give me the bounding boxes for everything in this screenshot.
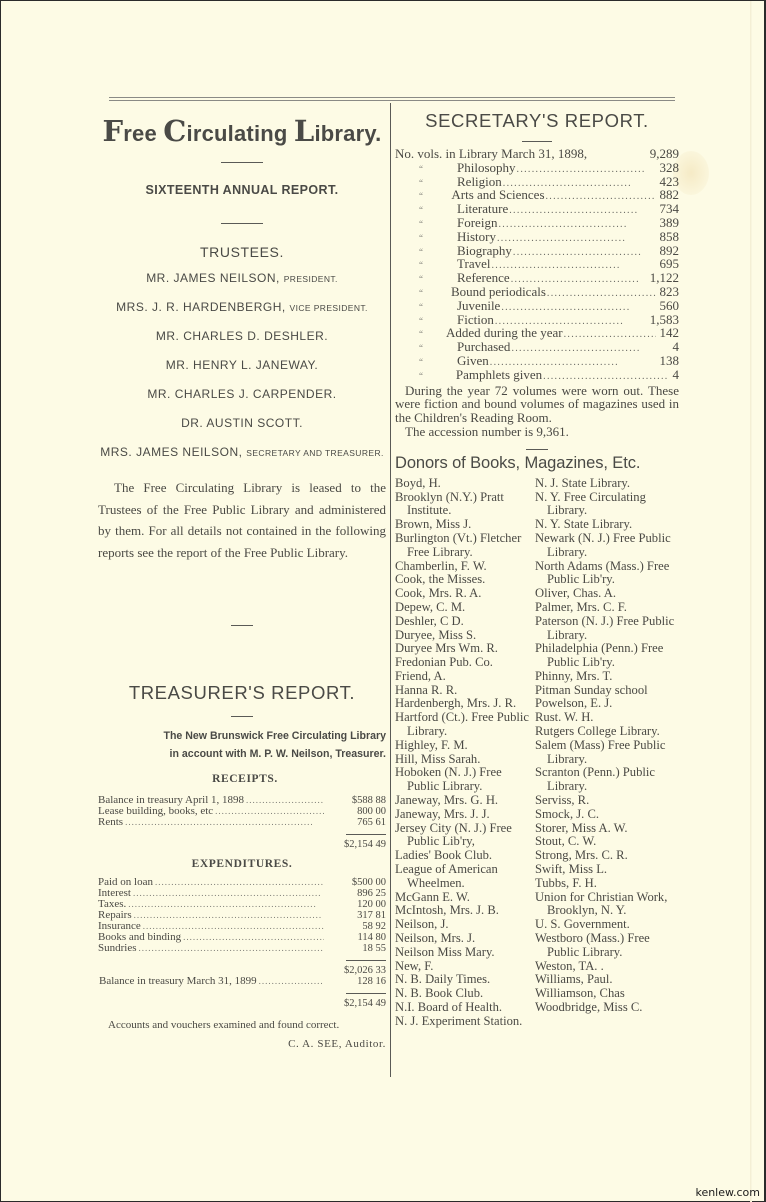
ditto-mark: “ [395,342,457,356]
leader-dots: .................................. [490,259,655,273]
donor-entry: Highley, F. M. [395,739,535,753]
stat-row: “History................................… [395,230,679,244]
auditor-signature: C. A. SEE, Auditor. [98,1038,386,1050]
leader-dots: ........................................… [213,806,324,817]
stat-label: Bound periodicals [451,285,546,299]
leader-dots: ........................................… [123,817,324,828]
stat-label: History [457,230,496,244]
stat-row: “Arts and Sciences......................… [395,188,679,202]
trustee-entry: Mr. Charles J. Carpender. [98,380,386,409]
title-part: irculating [187,121,294,146]
stat-value: 138 [656,354,680,368]
ledger-row: Taxes...................................… [98,899,386,910]
trustee-entry: Mrs. J. R. Hardenbergh, Vice President. [98,293,386,322]
leader-dots: ........................................… [126,899,324,910]
donor-entry: Phinny, Mrs. T. [535,670,677,684]
ledger-amount: $588 88 [324,795,386,806]
trustee-name: Mr. Charles D. Deshler. [156,329,328,343]
trustee-entry: Dr. Austin Scott. [98,409,386,438]
donor-entry: Chamberlin, F. W. [395,560,535,574]
short-rule [231,716,253,717]
title-part: ree [123,121,163,146]
donor-entry: Philadelphia (Penn.) Free Public Lib'ry. [535,642,677,670]
stat-value: 9,289 [646,147,679,161]
donor-entry: Fredonian Pub. Co. [395,656,535,670]
donor-entry: N. B. Book Club. [395,987,535,1001]
title-initial: C [163,114,186,148]
donor-entry: Deshler, C D. [395,615,535,629]
intro-paragraph: The Free Circulating Library is leased t… [98,477,386,563]
ditto-mark: “ [395,370,456,384]
donor-entry: N. Y. State Library. [535,518,677,532]
donor-entry: Weston, TA. . [535,960,677,974]
donor-entry: Pitman Sunday school [535,684,677,698]
receipts-ledger: Balance in treasury April 1, 1898.......… [98,795,386,828]
ledger-amount: 114 80 [324,932,386,943]
donor-entry: Serviss, R. [535,794,677,808]
column-divider [390,103,391,1077]
stat-value: 882 [656,188,680,202]
trustee-name: Mrs. James Neilson, [100,445,242,459]
auditor-note-text: Accounts and vouchers examined and found… [108,1019,339,1031]
stat-value: 4 [669,340,680,354]
leader-dots: .................................. [497,218,655,232]
donor-entry: Hanna R. R. [395,684,535,698]
donor-entry: New, F. [395,960,535,974]
stat-value: 1,583 [646,313,679,327]
stat-value: 389 [656,216,680,230]
donor-entry: Brooklyn (N.Y.) Pratt Institute. [395,491,535,519]
stat-value: 695 [656,257,680,271]
category-rows: “Philosophy.............................… [395,161,679,382]
volume-statistics: No. vols. in Library March 31, 1898, 9,2… [395,147,679,382]
leader-dots: ........................................… [181,932,324,943]
ledger-amount: 18 55 [324,943,386,954]
leader-dots: .................................. [545,190,656,204]
donor-entry: Neilson, Mrs. J. [395,932,535,946]
ditto-mark: “ [395,163,457,177]
stat-label: Pamphlets given [456,368,542,382]
total-rule [346,993,386,994]
ledger-label: Sundries [98,943,137,954]
stat-row: “Pamphlets given........................… [395,368,679,382]
ledger-row: Rents...................................… [98,817,386,828]
stat-row: “Fiction................................… [395,313,679,327]
donor-entry: N. B. Daily Times. [395,973,535,987]
donor-entry: N. Y. Free Circulating Library. [535,491,677,519]
donor-entry: Paterson (N. J.) Free Public Library. [535,615,677,643]
donor-entry: Rutgers College Library. [535,725,677,739]
ditto-mark: “ [395,246,457,260]
stat-label: Biography [457,244,512,258]
trustee-role: Vice President. [290,303,368,313]
leader-dots: ........................................… [131,888,324,899]
worn-out-paragraph: During the year 72 volumes were worn out… [395,384,679,425]
title-part: ibrary. [314,121,381,146]
stat-row: “Purchased..............................… [395,340,679,354]
ditto-mark: “ [395,190,451,204]
ledger-row: Interest................................… [98,888,386,899]
leader-dots: ........................................… [137,943,325,954]
receipts-total: $2,154 49 [98,839,386,850]
expenditures-ledger: Paid on loan............................… [98,877,386,954]
donor-entry: McIntosh, Mrs. J. B. [395,904,535,918]
ledger-row: Books and binding.......................… [98,932,386,943]
donors-column-2: N. J. State Library.N. Y. Free Circulati… [535,477,677,1029]
donor-entry: Burlington (Vt.) Fletcher Free Library. [395,532,535,560]
document-page: Free Circulating Library. SIXTEENTH ANNU… [0,0,766,1202]
stat-row: “Juvenile...............................… [395,299,679,313]
stat-value: 4 [669,368,680,382]
leader-dots: ........................................… [132,910,324,921]
stat-row: “Reference..............................… [395,271,679,285]
donor-entry: Smock, J. C. [535,808,677,822]
donor-entry: N. J. State Library. [535,477,677,491]
donor-entry: Cook, the Misses. [395,573,535,587]
leader-dots: ........................................… [153,877,324,888]
account-line-2: in account with M. P. W. Neilson, Treasu… [98,745,386,763]
donor-entry: Powelson, E. J. [535,697,677,711]
trustee-role: Secretary and Treasurer. [246,448,383,458]
title-initial: F [103,114,124,148]
trustee-entry: Mrs. James Neilson, Secretary and Treasu… [98,438,386,467]
stat-row: “Travel.................................… [395,257,679,271]
ditto-mark: “ [395,301,457,315]
short-rule [221,223,263,224]
donor-entry: Ladies' Book Club. [395,849,535,863]
stat-row: “Given..................................… [395,354,679,368]
leader-dots: .............................. [257,976,324,987]
ditto-mark: “ [395,328,446,342]
donor-entry: N.I. Board of Health. [395,1001,535,1015]
worn-out-text: During the year 72 volumes were worn out… [395,383,679,426]
donor-entry: Williams, Paul. [535,973,677,987]
donor-entry: Tubbs, F. H. [535,877,677,891]
trustee-entry: Mr. James Neilson, President. [98,264,386,293]
stat-value: 560 [656,299,680,313]
balance-end-label: Balance in treasury March 31, 1899 [99,976,257,987]
ditto-mark: “ [395,218,457,232]
donor-entry: Brown, Miss J. [395,518,535,532]
trustee-role: President. [284,274,338,284]
donor-entry: Stout, C. W. [535,835,677,849]
stat-label: Arts and Sciences [451,188,544,202]
stat-label: Fiction [457,313,494,327]
account-heading: The New Brunswick Free Circulating Libra… [98,727,386,763]
trustee-entry: Mr. Henry L. Janeway. [98,351,386,380]
leader-dots: .................................. [546,287,656,301]
stat-label: Purchased [457,340,510,354]
trustees-list: Mr. James Neilson, President.Mrs. J. R. … [98,264,386,467]
donor-entry: Neilson, J. [395,918,535,932]
stat-label: Philosophy [457,161,516,175]
donor-entry: Duryee Mrs Wm. R. [395,642,535,656]
ditto-mark: “ [395,356,457,370]
stat-label: Added during the year [446,326,563,340]
leader-dots: .................................. [512,246,656,260]
ditto-mark: “ [395,204,457,218]
accession-text: The accession number is 9,361. [405,424,569,439]
donor-entry: Depew, C. M. [395,601,535,615]
leader-dots: .................................. [542,370,668,384]
donor-entry: Salem (Mass) Free Public Library. [535,739,677,767]
stat-label: Given [457,354,489,368]
donor-entry: Boyd, H. [395,477,535,491]
stat-value: 1,122 [646,271,679,285]
donor-entry: Rust. W. H. [535,711,677,725]
secretary-report-heading: SECRETARY'S REPORT. [395,110,679,132]
total-rule [346,834,386,835]
ditto-mark: “ [395,259,457,273]
donor-entry: Hartford (Ct.). Free Public Library. [395,711,535,739]
stat-label: Foreign [457,216,497,230]
stat-value: 142 [656,326,680,340]
stat-row: “Bound periodicals......................… [395,285,679,299]
short-rule [522,141,552,142]
trustee-name: Mrs. J. R. Hardenbergh, [116,300,286,314]
right-column: SECRETARY'S REPORT. No. vols. in Library… [395,101,679,1029]
accession-paragraph: The accession number is 9,361. [395,425,679,439]
ditto-mark: “ [395,177,457,191]
trustee-name: Dr. Austin Scott. [181,416,303,430]
donor-entry: Union for Christian Work, Brooklyn, N. Y… [535,891,677,919]
account-line-1: The New Brunswick Free Circulating Libra… [98,727,386,745]
stat-value: 892 [656,244,680,258]
donor-entry: Woodbridge, Miss C. [535,1001,677,1015]
page-fold-line [750,1,752,1202]
watermark: kenlew.com [695,1186,760,1199]
short-rule [221,162,263,163]
annual-report-subtitle: SIXTEENTH ANNUAL REPORT. [98,183,386,197]
donor-entry: N. J. Experiment Station. [395,1015,535,1029]
grand-total: $2,154 49 [98,998,386,1009]
donor-entry: Hardenbergh, Mrs. J. R. [395,697,535,711]
donor-entry: Janeway, Mrs. J. J. [395,808,535,822]
balance-end-row: Balance in treasury March 31, 1899 .....… [98,976,386,987]
trustee-entry: Mr. Charles D. Deshler. [98,322,386,351]
ditto-mark: “ [395,273,457,287]
stat-label: No. vols. in Library March 31, 1898, [395,147,587,161]
ledger-amount: 58 92 [324,921,386,932]
donor-entry: Neilson Miss Mary. [395,946,535,960]
stat-value: 734 [656,202,680,216]
donor-entry: Cook, Mrs. R. A. [395,587,535,601]
stat-value: 823 [656,285,680,299]
ledger-amount: 896 25 [324,888,386,899]
leader-dots: .................................. [500,301,655,315]
stat-label: Travel [457,257,490,271]
donor-entry: Williamson, Chas [535,987,677,1001]
title-initial: L [294,114,315,148]
total-volumes-row: No. vols. in Library March 31, 1898, 9,2… [395,147,679,161]
auditor-note: Accounts and vouchers examined and found… [98,1020,386,1031]
donor-entry: Duryee, Miss S. [395,629,535,643]
ledger-label: Rents [98,817,123,828]
leader-dots: .................................. [510,342,668,356]
ledger-amount: 765 61 [324,817,386,828]
stat-row: “Literature.............................… [395,202,679,216]
stat-label: Reference [457,271,510,285]
trustees-heading: TRUSTEES. [98,244,386,260]
ledger-row: Paid on loan............................… [98,877,386,888]
donor-entry: Oliver, Chas. A. [535,587,677,601]
donors-list: Boyd, H.Brooklyn (N.Y.) Pratt Institute.… [395,477,679,1029]
short-rule [231,625,253,626]
ledger-amount: 800 00 [324,806,386,817]
ditto-mark: “ [395,287,451,301]
donor-entry: Hill, Miss Sarah. [395,753,535,767]
short-rule [526,449,548,450]
donor-entry: Palmer, Mrs. C. F. [535,601,677,615]
stat-value: 328 [656,161,680,175]
ledger-amount: $500 00 [324,877,386,888]
donors-column-1: Boyd, H.Brooklyn (N.Y.) Pratt Institute.… [395,477,535,1029]
donor-entry: Newark (N. J.) Free Public Library. [535,532,677,560]
stat-row: “Biography..............................… [395,244,679,258]
ditto-mark: “ [395,232,457,246]
balance-end-amount: 128 16 [324,976,386,987]
library-title: Free Circulating Library. [98,114,386,148]
stat-label: Juvenile [457,299,500,313]
stat-value: 858 [656,230,680,244]
donor-entry: Scranton (Penn.) Public Library. [535,766,677,794]
donors-heading: Donors of Books, Magazines, Etc. [395,454,679,473]
ledger-amount: 317 81 [324,910,386,921]
stat-value: 423 [656,175,680,189]
stat-row: “Religion...............................… [395,175,679,189]
stat-label: Religion [457,175,502,189]
trustee-name: Mr. Charles J. Carpender. [147,387,336,401]
donor-entry: League of American Wheelmen. [395,863,535,891]
ledger-row: Sundries................................… [98,943,386,954]
donor-entry: Storer, Miss A. W. [535,822,677,836]
stat-row: “Foreign................................… [395,216,679,230]
stat-row: “Philosophy.............................… [395,161,679,175]
trustee-name: Mr. James Neilson, [146,271,280,285]
donor-entry: Friend, A. [395,670,535,684]
left-column: Free Circulating Library. SIXTEENTH ANNU… [98,101,386,1050]
donor-entry: Jersey City (N. J.) Free Public Lib'ry, [395,822,535,850]
donor-entry: Janeway, Mrs. G. H. [395,794,535,808]
total-rule [346,960,386,961]
expenditures-heading: EXPENDITURES. [98,858,386,870]
ledger-amount: 120 00 [324,899,386,910]
ledger-row: Repairs.................................… [98,910,386,921]
stat-label: Literature [457,202,508,216]
trustee-name: Mr. Henry L. Janeway. [166,358,319,372]
intro-text: The Free Circulating Library is leased t… [98,477,386,563]
leader-dots: .................................. [508,204,655,218]
leader-dots: .................................. [516,163,656,177]
donor-entry: Strong, Mrs. C. R. [535,849,677,863]
donor-entry: Hoboken (N. J.) Free Public Library. [395,766,535,794]
receipts-heading: RECEIPTS. [98,773,386,785]
leader-dots: .................................. [563,328,656,342]
donor-entry: North Adams (Mass.) Free Public Lib'ry. [535,560,677,588]
donor-entry: Westboro (Mass.) Free Public Library. [535,932,677,960]
donor-entry: McGann E. W. [395,891,535,905]
leader-dots: .................................. [496,232,656,246]
leader-dots: ........................................… [244,795,324,806]
donor-entry: Swift, Miss L. [535,863,677,877]
ledger-row: Lease building, books, etc..............… [98,806,386,817]
treasurer-report-heading: TREASURER'S REPORT. [98,682,386,704]
donor-entry: U. S. Government. [535,918,677,932]
stat-row: “Added during the year..................… [395,326,679,340]
